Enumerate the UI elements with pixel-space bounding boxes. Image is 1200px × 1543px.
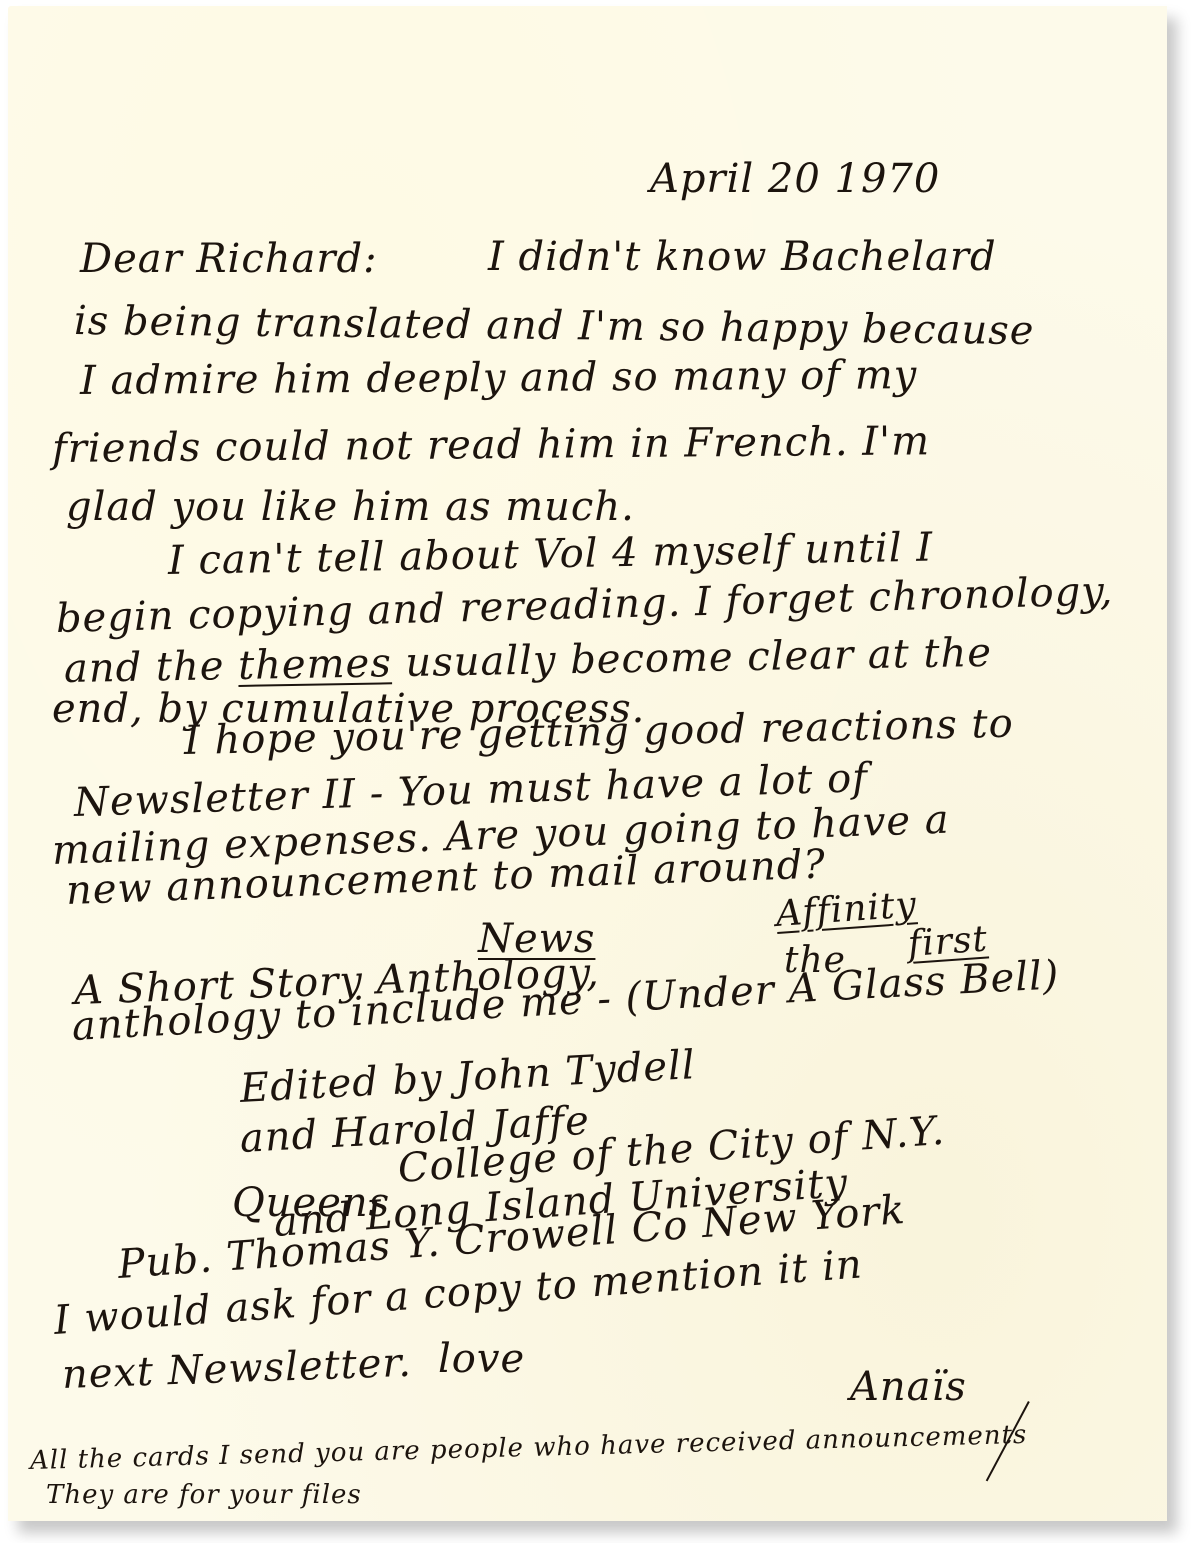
- letter-line: is being translated and I'm so happy bec…: [74, 298, 1035, 354]
- letter-line: I admire him deeply and so many of my: [80, 352, 918, 404]
- letter-line: and the themes usually become clear at t…: [64, 630, 993, 692]
- closing: love: [438, 1336, 525, 1382]
- letter-line: I didn't know Bachelard: [488, 234, 997, 280]
- editors-line: Edited by John Tydell: [239, 1042, 697, 1112]
- letter-line: friends could not read him in French. I'…: [52, 418, 930, 472]
- letter-page: April 20 1970 Dear Richard: I didn't kno…: [8, 6, 1167, 1521]
- postscript-line: All the cards I send you are people who …: [30, 1420, 1028, 1476]
- signature: Anaïs: [850, 1364, 967, 1410]
- letter-date: April 20 1970: [650, 156, 940, 202]
- text-segment: usually become clear at the: [391, 630, 992, 686]
- letter-line: glad you like him as much.: [66, 484, 635, 530]
- text-segment: and the: [64, 643, 239, 692]
- postscript-line: They are for your files: [46, 1480, 362, 1510]
- request-line: next Newsletter.: [61, 1340, 412, 1398]
- underlined-themes: themes: [238, 640, 392, 689]
- news-insert-affinity: Affinity: [775, 884, 919, 935]
- salutation: Dear Richard:: [80, 236, 378, 282]
